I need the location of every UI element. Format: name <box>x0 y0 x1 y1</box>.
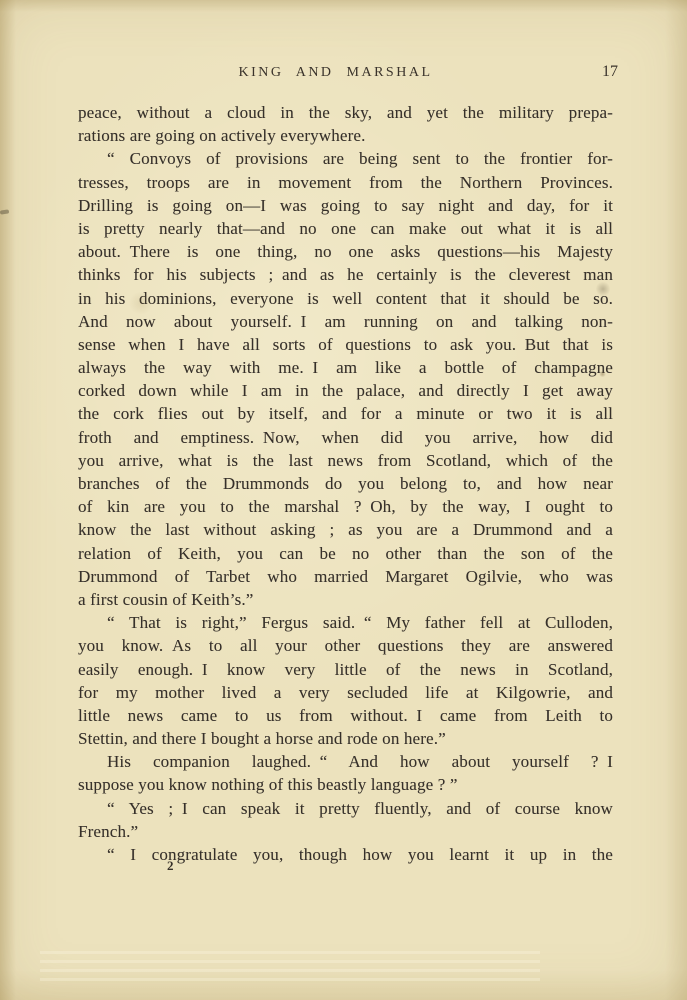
page-number: 17 <box>602 63 618 81</box>
text-line: peace, without a cloud in the sky, and y… <box>78 101 613 124</box>
text-line: of kin are you to the marshal ? Oh, by t… <box>78 495 613 518</box>
text-line: tresses, troops are in movement from the… <box>78 171 613 194</box>
paper-texture-band <box>40 945 540 987</box>
text-line: easily enough. I know very little of the… <box>78 658 613 681</box>
text-line: French.” <box>78 820 613 843</box>
text-line: for my mother lived a very secluded life… <box>78 681 613 704</box>
text-line: thinks for his subjects ; and as he cert… <box>78 263 613 286</box>
text-line: know the last without asking ; as you ar… <box>78 518 613 541</box>
text-line: is pretty nearly that—and no one can mak… <box>78 217 613 240</box>
book-page: KING AND MARSHAL 17 peace, without a clo… <box>0 0 687 1000</box>
text-line: Drilling is going on—I was going to say … <box>78 194 613 217</box>
text-line: relation of Keith, you can be no other t… <box>78 542 613 565</box>
text-line: suppose you know nothing of this beastly… <box>78 773 613 796</box>
text-line: rations are going on actively everywhere… <box>78 124 613 147</box>
text-line: you arrive, what is the last news from S… <box>78 449 613 472</box>
text-line: corked down while I am in the palace, an… <box>78 379 613 402</box>
text-line: sense when I have all sorts of questions… <box>78 333 613 356</box>
text-line: Stettin, and there I bought a horse and … <box>78 727 613 750</box>
text-line: in his dominions, everyone is well conte… <box>78 287 613 310</box>
text-line: “ I congratulate you, though how you lea… <box>78 843 613 866</box>
body-text: peace, without a cloud in the sky, and y… <box>78 101 613 866</box>
running-title: KING AND MARSHAL <box>78 65 593 81</box>
text-line: froth and emptiness. Now, when did you a… <box>78 426 613 449</box>
text-line: “ Convoys of provisions are being sent t… <box>78 147 613 170</box>
text-line: you know. As to all your other questions… <box>78 634 613 657</box>
text-line: about. There is one thing, no one asks q… <box>78 240 613 263</box>
text-line: “ Yes ; I can speak it pretty fluently, … <box>78 797 613 820</box>
text-line: branches of the Drummonds do you belong … <box>78 472 613 495</box>
text-line: Drummond of Tarbet who married Margaret … <box>78 565 613 588</box>
text-line: His companion laughed. “ And how about y… <box>78 750 613 773</box>
text-line: a first cousin of Keith’s.” <box>78 588 613 611</box>
paper-blemish <box>0 209 9 214</box>
text-line: the cork flies out by itself, and for a … <box>78 402 613 425</box>
signature-mark: 2 <box>167 858 174 874</box>
text-line: And now about yourself. I am running on … <box>78 310 613 333</box>
text-line: always the way with me. I am like a bott… <box>78 356 613 379</box>
text-line: little news came to us from without. I c… <box>78 704 613 727</box>
text-line: “ That is right,” Fergus said. “ My fath… <box>78 611 613 634</box>
